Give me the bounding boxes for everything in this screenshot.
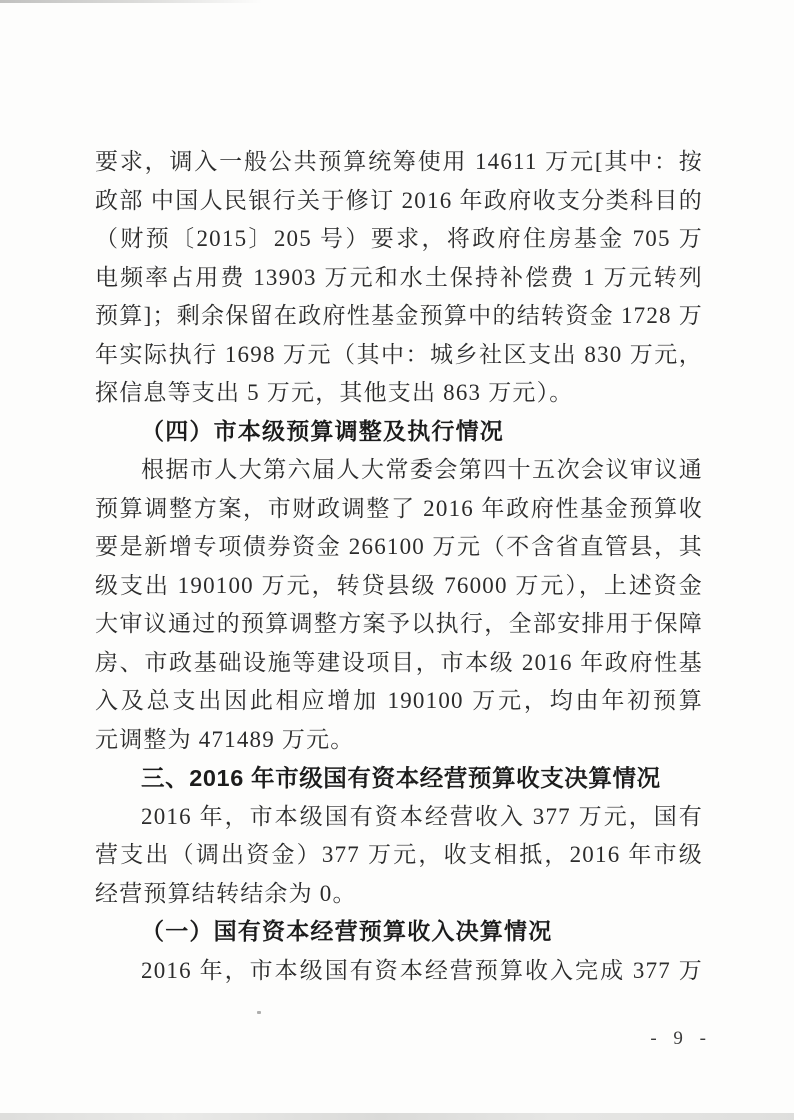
document-body: 要求，调入一般公共预算统筹使用 14611 万元[其中：按照《财政部 中国人民银… (95, 143, 703, 990)
scan-artifact-top (0, 0, 262, 3)
page-number: - 9 - (650, 1028, 708, 1050)
text-line: 政部 中国人民银行关于修订 2016 年政府收支分类科目的通知》 (95, 182, 703, 221)
text-line: 大审议通过的预算调整方案予以执行，全部安排用于保障性住 (95, 605, 703, 644)
text-line: 元调整为 471489 万元。 (95, 721, 703, 760)
section-heading: 三、2016 年市级国有资本经营预算收支决算情况 (95, 759, 703, 798)
text-line: 2016 年，市本级国有资本经营预算收入完成 377 万元，完 (95, 952, 703, 991)
subsection-heading: （一）国有资本经营预算收入决算情况 (95, 913, 703, 952)
scan-artifact-bottom (0, 1113, 794, 1120)
document-page: 要求，调入一般公共预算统筹使用 14611 万元[其中：按照《财政部 中国人民银… (0, 0, 794, 1120)
text-line: 要是新增专项债券资金 266100 万元（不含省直管县，其中市本 (95, 528, 703, 567)
text-line: 营支出（调出资金）377 万元，收支相抵，2016 年市级国有资本 (95, 836, 703, 875)
text-line: 电频率占用费 13903 万元和水土保持补偿费 1 万元转列一般公共 (95, 259, 703, 298)
text-line: 预算调整方案，市财政调整了 2016 年政府性基金预算收支，主 (95, 490, 703, 529)
text-line: 经营预算结转结余为 0。 (95, 875, 703, 914)
text-line: （财预〔2015〕205 号）要求，将政府住房基金 705 万元、无线 (95, 220, 703, 259)
text-line: 预算]；剩余保留在政府性基金预算中的结转资金 1728 万元，当 (95, 297, 703, 336)
text-line: 要求，调入一般公共预算统筹使用 14611 万元[其中：按照《财 (95, 143, 703, 182)
text-line: 房、市政基础设施等建设项目，市本级 2016 年政府性基金总收 (95, 644, 703, 683)
text-line: 年实际执行 1698 万元（其中：城乡社区支出 830 万元，资源勘 (95, 336, 703, 375)
text-line: 探信息等支出 5 万元，其他支出 863 万元）。 (95, 374, 703, 413)
subsection-heading: （四）市本级预算调整及执行情况 (95, 413, 703, 452)
text-line: 2016 年，市本级国有资本经营收入 377 万元，国有资本经 (95, 798, 703, 837)
scan-speck (257, 1011, 261, 1014)
text-line: 级支出 190100 万元，转贷县级 76000 万元），上述资金已按市人 (95, 567, 703, 606)
text-line: 入及总支出因此相应增加 190100 万元，均由年初预算 281389 万 (95, 682, 703, 721)
text-line: 根据市人大第六届人大常委会第四十五次会议审议通过的 (95, 451, 703, 490)
